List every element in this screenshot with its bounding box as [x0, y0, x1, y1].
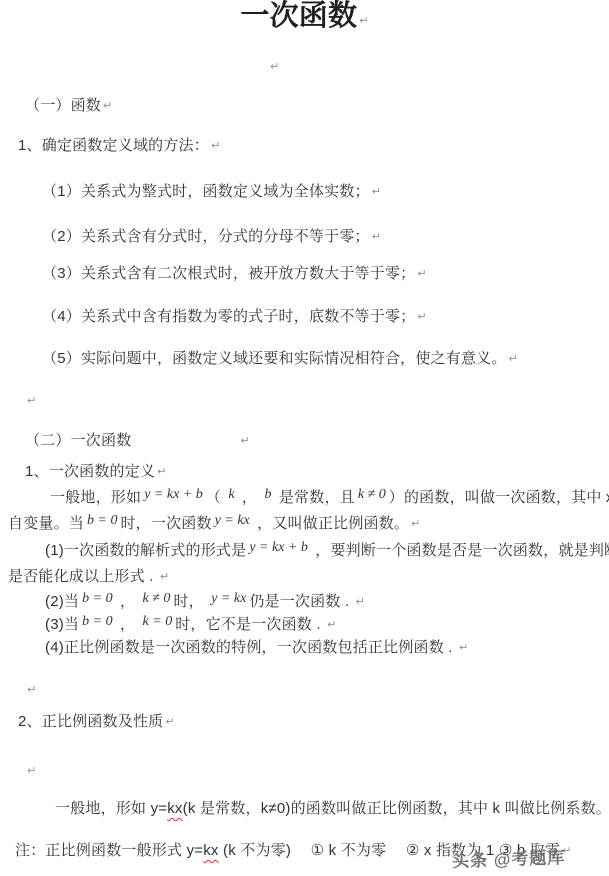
- text-run: （二）一次函数: [25, 432, 131, 449]
- doc-line: ↵: [25, 391, 36, 412]
- text-run: 时，: [173, 593, 208, 610]
- watermark: 头条 @考题库: [452, 843, 566, 872]
- doc-line: （2）关系式含有分式时，分式的分母不等于零；↵: [42, 227, 381, 248]
- text-run: 是否能化成以上形式 .: [8, 568, 158, 585]
- paragraph-mark-icon: ↵: [103, 100, 112, 112]
- text-run: 1、一次函数的定义: [25, 463, 155, 480]
- paragraph-mark-icon: ↵: [359, 15, 368, 27]
- doc-line: (1)一次函数的解析式的形式是y = kx + b ，要判断一个函数是否是一次函…: [45, 541, 609, 562]
- text-run: （5）实际问题中，函数定义域还要和实际情况相符合，使之有意义。: [42, 350, 507, 367]
- paragraph-mark-icon: ↵: [411, 518, 420, 530]
- spellcheck-underlined-text: kx: [203, 842, 218, 859]
- text-run: ，要判断一个函数是否是一次函数，就是判断: [311, 542, 609, 559]
- paragraph-mark-icon: ↵: [160, 571, 169, 583]
- doc-line: ↵: [25, 680, 36, 701]
- doc-line: 一般地，形如y = kx + b（ k ， b 是常数，且k ≠ 0）的函数，叫…: [50, 488, 609, 509]
- paragraph-mark-icon: ↵: [27, 395, 36, 407]
- text-run: 一般地，形如 y=: [55, 800, 167, 817]
- doc-line: （1）关系式为整式时，函数定义域为全体实数；↵: [42, 182, 381, 203]
- paragraph-mark-icon: ↵: [372, 186, 381, 198]
- page-title: 一次函数↵: [0, 6, 609, 32]
- doc-line: 一般地，形如 y=kx(k 是常数，k≠0)的函数叫做正比例函数，其中 k 叫做…: [55, 799, 609, 820]
- paragraph-mark-icon: ↵: [327, 619, 336, 631]
- text-run: （1）关系式为整式时，函数定义域为全体实数；: [42, 183, 370, 200]
- text-run: （4）关系式中含有指数为零的式子时，底数不等于零；: [42, 308, 415, 325]
- text-run: （一）函数: [25, 97, 101, 114]
- doc-line: 是否能化成以上形式 . ↵: [8, 567, 169, 588]
- document-page: 一次函数↵↵（一）函数↵1、确定函数定义域的方法：↵（1）关系式为整式时，函数定…: [0, 0, 609, 876]
- text-run: 仍是一次函数 .: [249, 593, 353, 610]
- math-expression: y = kx: [212, 513, 253, 528]
- text-run: 是常数，且: [274, 489, 354, 506]
- paragraph-mark-icon: ↵: [417, 268, 426, 280]
- text-run: （3）关系式含有二次根式时，被开放方数大于等于零；: [42, 265, 415, 282]
- doc-line: 1、确定函数定义域的方法：↵: [18, 136, 220, 157]
- text-run: (1)一次函数的解析式的形式是: [45, 542, 246, 559]
- doc-line: (3)当b = 0 ， k = 0时，它不是一次函数 . ↵: [45, 615, 337, 636]
- text-run: ，: [116, 593, 140, 610]
- math-expression: b: [261, 487, 274, 502]
- math-expression: y = kx: [208, 591, 249, 606]
- doc-line: 自变量。当b = 0时，一次函数y = kx ，又叫做正比例函数。↵: [8, 514, 421, 535]
- spellcheck-underlined-text: kx: [167, 800, 182, 817]
- math-expression: k = 0: [140, 614, 176, 629]
- text-run: ，又叫做正比例函数。: [253, 515, 409, 532]
- doc-line: （3）关系式含有二次根式时，被开放方数大于等于零；↵: [42, 264, 427, 285]
- text-run: 时，一次函数: [120, 515, 211, 532]
- math-expression: y = kx + b: [246, 540, 311, 555]
- text-run: (4)正比例函数是一次函数的特例，一次函数包括正比例函数 .: [45, 639, 457, 656]
- paragraph-mark-icon: ↵: [459, 642, 468, 654]
- text-run: (k 是常数，k≠0)的函数叫做正比例函数，其中 k 叫做比例系数。: [183, 800, 609, 817]
- text-run: （: [206, 489, 226, 506]
- doc-line: (4)正比例函数是一次函数的特例，一次函数包括正比例函数 . ↵: [45, 638, 468, 659]
- doc-line: 2、正比例函数及性质↵: [18, 712, 175, 733]
- text-run: ，: [238, 489, 262, 506]
- paragraph-mark-icon: ↵: [270, 61, 279, 73]
- doc-line: （4）关系式中含有指数为零的式子时，底数不等于零；↵: [42, 307, 427, 328]
- paragraph-mark-icon: ↵: [509, 353, 518, 365]
- doc-line: （一）函数↵: [25, 96, 112, 117]
- math-expression: y = kx + b: [141, 487, 206, 502]
- text-run: （2）关系式含有分式时，分式的分母不等于零；: [42, 228, 370, 245]
- math-expression: b = 0: [79, 614, 115, 629]
- doc-line: （二）一次函数↵: [25, 431, 250, 452]
- paragraph-mark-icon: ↵: [417, 311, 426, 323]
- doc-line: (2)当b = 0 ， k ≠ 0时， y = kx仍是一次函数 . ↵: [45, 592, 365, 613]
- doc-line: （5）实际问题中，函数定义域还要和实际情况相符合，使之有意义。↵: [42, 349, 518, 370]
- text-run: 2、正比例函数及性质: [18, 713, 163, 730]
- text-run: 1、确定函数定义域的方法：: [18, 137, 209, 154]
- paragraph-mark-icon: ↵: [27, 684, 36, 696]
- doc-line: ↵: [25, 761, 36, 782]
- paragraph-mark-icon: ↵: [372, 231, 381, 243]
- text-run: 时，它不是一次函数 .: [175, 616, 325, 633]
- text-run: 注：正比例函数一般形式 y=: [15, 842, 203, 859]
- text-run: 一般地，形如: [50, 489, 141, 506]
- paragraph-mark-icon: ↵: [211, 140, 220, 152]
- math-expression: k ≠ 0: [355, 487, 389, 502]
- paragraph-mark-icon: ↵: [157, 466, 166, 478]
- paragraph-mark-icon: ↵: [356, 596, 365, 608]
- math-expression: k ≠ 0: [140, 591, 174, 606]
- text-run: 一次函数: [240, 0, 357, 32]
- math-expression: b = 0: [79, 591, 115, 606]
- text-run: ）的函数，叫做一次函数，其中 x 是: [389, 489, 609, 506]
- text-run: 自变量。当: [8, 515, 84, 532]
- paragraph-mark-icon: ↵: [240, 435, 249, 447]
- text-run: ，: [116, 616, 140, 633]
- paragraph-mark-icon: ↵: [27, 765, 36, 777]
- text-run: (3)当: [45, 616, 79, 633]
- math-expression: k: [225, 487, 237, 502]
- doc-line: ↵: [268, 57, 279, 78]
- text-run: (2)当: [45, 593, 79, 610]
- doc-line: 1、一次函数的定义↵: [25, 462, 167, 483]
- paragraph-mark-icon: ↵: [165, 716, 174, 728]
- math-expression: b = 0: [84, 513, 120, 528]
